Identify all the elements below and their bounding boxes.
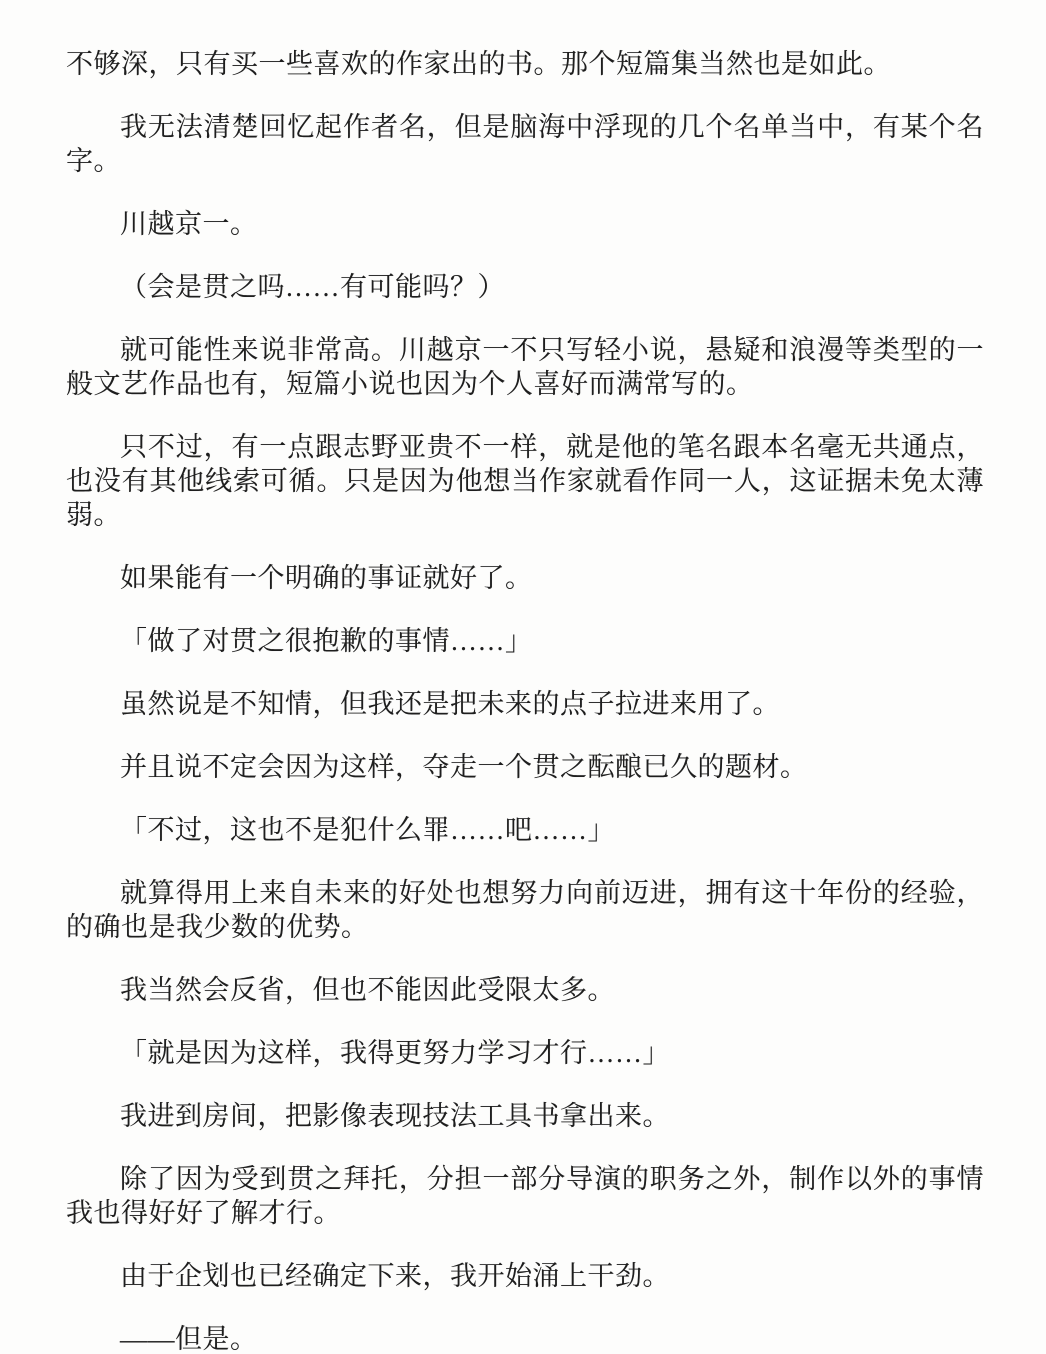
paragraph: 我当然会反省，但也不能因此受限太多。: [66, 973, 984, 1007]
paragraph: 「不过，这也不是犯什么罪……吧……」: [66, 813, 984, 847]
paragraph: 「做了对贯之很抱歉的事情……」: [66, 624, 984, 658]
paragraph: ——但是。: [66, 1322, 984, 1354]
paragraph: 只不过，有一点跟志野亚贵不一样，就是他的笔名跟本名毫无共通点，也没有其他线索可循…: [66, 430, 984, 532]
paragraph: 并且说不定会因为这样，夺走一个贯之酝酿已久的题材。: [66, 750, 984, 784]
paragraph: 如果能有一个明确的事证就好了。: [66, 561, 984, 595]
paragraph: 不够深，只有买一些喜欢的作家出的书。那个短篇集当然也是如此。: [66, 47, 984, 81]
paragraph: 就可能性来说非常高。川越京一不只写轻小说，悬疑和浪漫等类型的一般文艺作品也有，短…: [66, 333, 984, 401]
paragraph: 「就是因为这样，我得更努力学习才行……」: [66, 1036, 984, 1070]
paragraph: 就算得用上来自未来的好处也想努力向前迈进，拥有这十年份的经验，的确也是我少数的优…: [66, 876, 984, 944]
paragraph: 除了因为受到贯之拜托，分担一部分导演的职务之外，制作以外的事情我也得好好了解才行…: [66, 1162, 984, 1230]
paragraph: 由于企划也已经确定下来，我开始涌上干劲。: [66, 1259, 984, 1293]
paragraph: （会是贯之吗……有可能吗？）: [66, 270, 984, 304]
paragraph: 虽然说是不知情，但我还是把未来的点子拉进来用了。: [66, 687, 984, 721]
paragraph: 我进到房间，把影像表现技法工具书拿出来。: [66, 1099, 984, 1133]
paragraph: 我无法清楚回忆起作者名，但是脑海中浮现的几个名单当中，有某个名字。: [66, 110, 984, 178]
novel-text-body: 不够深，只有买一些喜欢的作家出的书。那个短篇集当然也是如此。我无法清楚回忆起作者…: [66, 47, 984, 1354]
novel-page: 不够深，只有买一些喜欢的作家出的书。那个短篇集当然也是如此。我无法清楚回忆起作者…: [0, 0, 1046, 1354]
paragraph: 川越京一。: [66, 207, 984, 241]
